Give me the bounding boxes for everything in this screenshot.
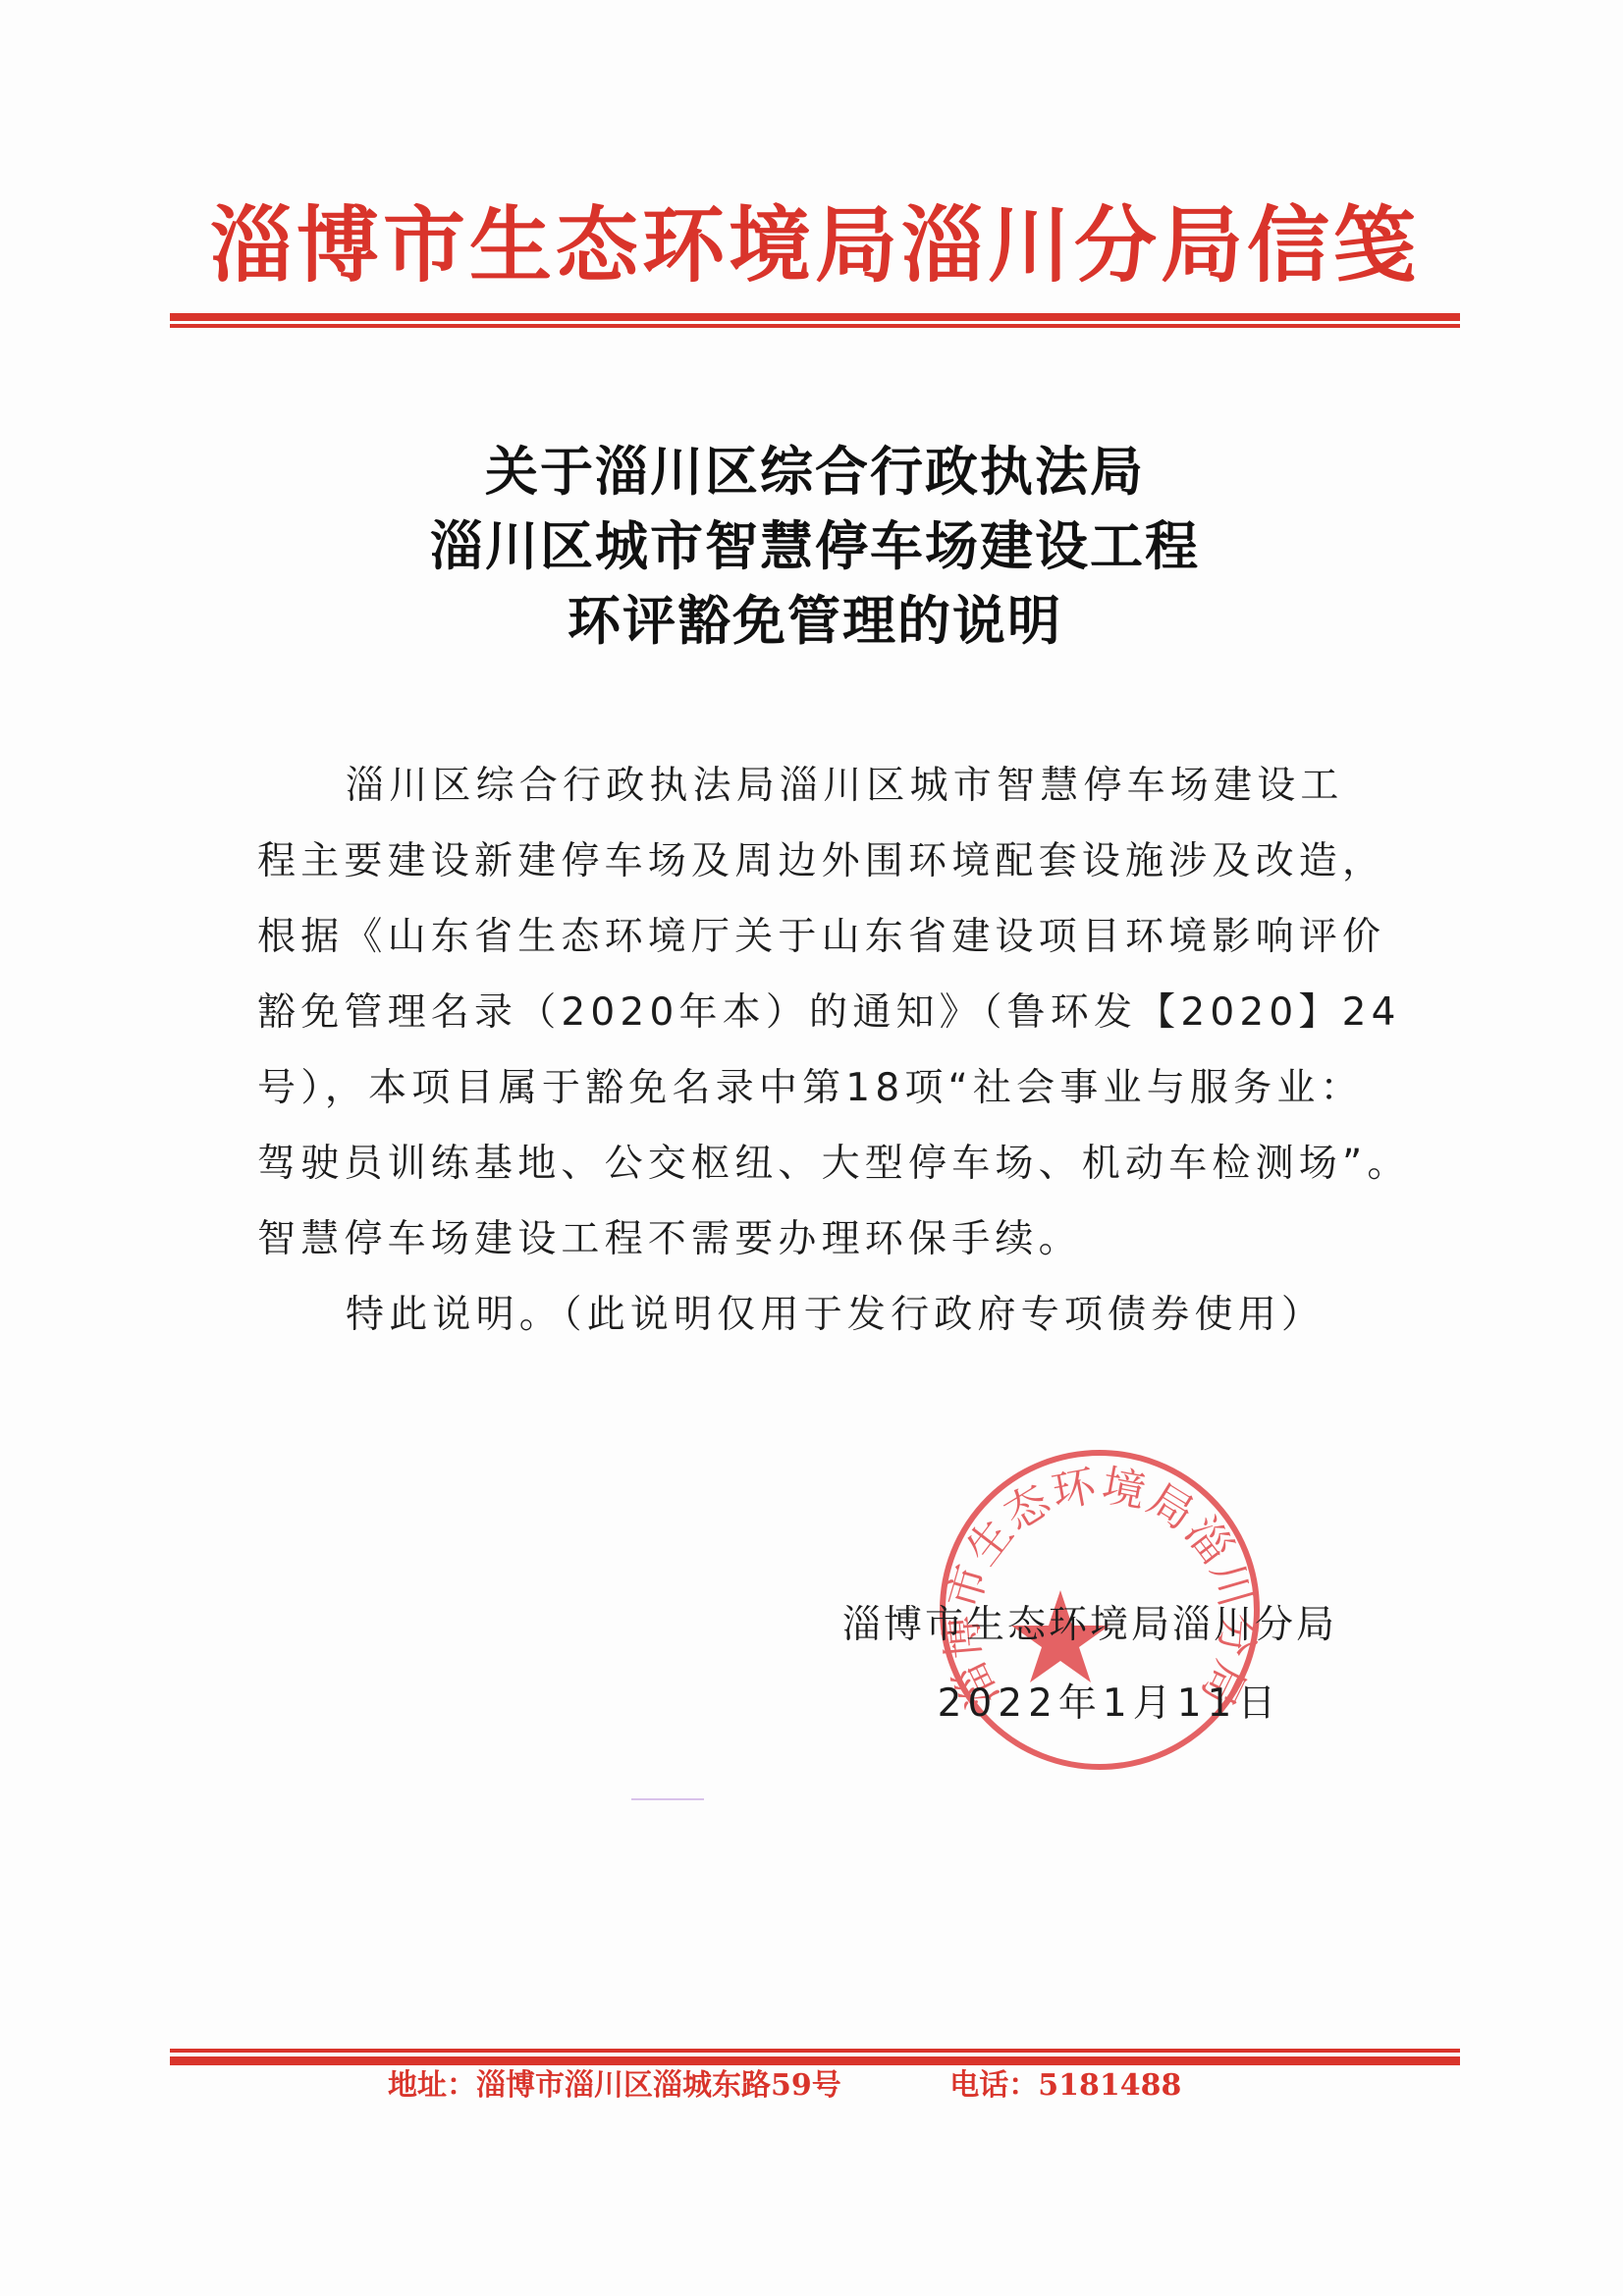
footer-rule-thin [170,2049,1460,2053]
body-line: 智慧停车场建设工程不需要办理环保手续。 [257,1201,1396,1277]
letterhead-rule-thick [170,313,1460,321]
body-closing-line: 特此说明。（此说明仅用于发行政府专项债券使用） [257,1277,1396,1353]
footer-address-label: 地址： [388,2068,476,2103]
document-page: 淄博市生态环境局淄川分局信笺 关于淄川区综合行政执法局 淄川区城市智慧停车场建设… [0,0,1623,2296]
letterhead-rule-thin [170,324,1460,328]
letterhead-title: 淄博市生态环境局淄川分局信笺 [170,196,1460,294]
signature-block: 淄博市生态环境局淄川分局 2022年1月11日 [825,1586,1355,1743]
document-title-line-1: 关于淄川区综合行政执法局 [170,434,1460,508]
footer-phone-label: 电话： [949,2068,1038,2103]
body-line: 豁免管理名录（2020年本）的通知》（鲁环发【2020】24 [257,975,1396,1050]
document-body: 淄川区综合行政执法局淄川区城市智慧停车场建设工 程主要建设新建停车场及周边外围环… [257,748,1396,1353]
signature-organization: 淄博市生态环境局淄川分局 [825,1586,1355,1665]
body-line: 淄川区综合行政执法局淄川区城市智慧停车场建设工 [257,748,1396,824]
footer-contact: 地址：淄博市淄川区淄城东路59号 电话：5181488 [388,2066,1181,2106]
body-line: 程主要建设新建停车场及周边外围环境配套设施涉及改造， [257,824,1396,899]
document-title: 关于淄川区综合行政执法局 淄川区城市智慧停车场建设工程 环评豁免管理的说明 [170,434,1460,658]
document-title-line-3: 环评豁免管理的说明 [170,583,1460,658]
footer-address: 淄博市淄川区淄城东路59号 [476,2068,841,2103]
document-title-line-2: 淄川区城市智慧停车场建设工程 [170,508,1460,583]
body-line: 号），本项目属于豁免名录中第18项“社会事业与服务业： [257,1050,1396,1126]
signature-date: 2022年1月11日 [825,1665,1355,1743]
footer-phone: 5181488 [1038,2068,1181,2103]
footer-rule-thick [170,2056,1460,2065]
body-line: 驾驶员训练基地、公交枢纽、大型停车场、机动车检测场”。 [257,1126,1396,1201]
body-line: 根据《山东省生态环境厅关于山东省建设项目环境影响评价 [257,899,1396,975]
scan-artifact-line [631,1798,704,1800]
